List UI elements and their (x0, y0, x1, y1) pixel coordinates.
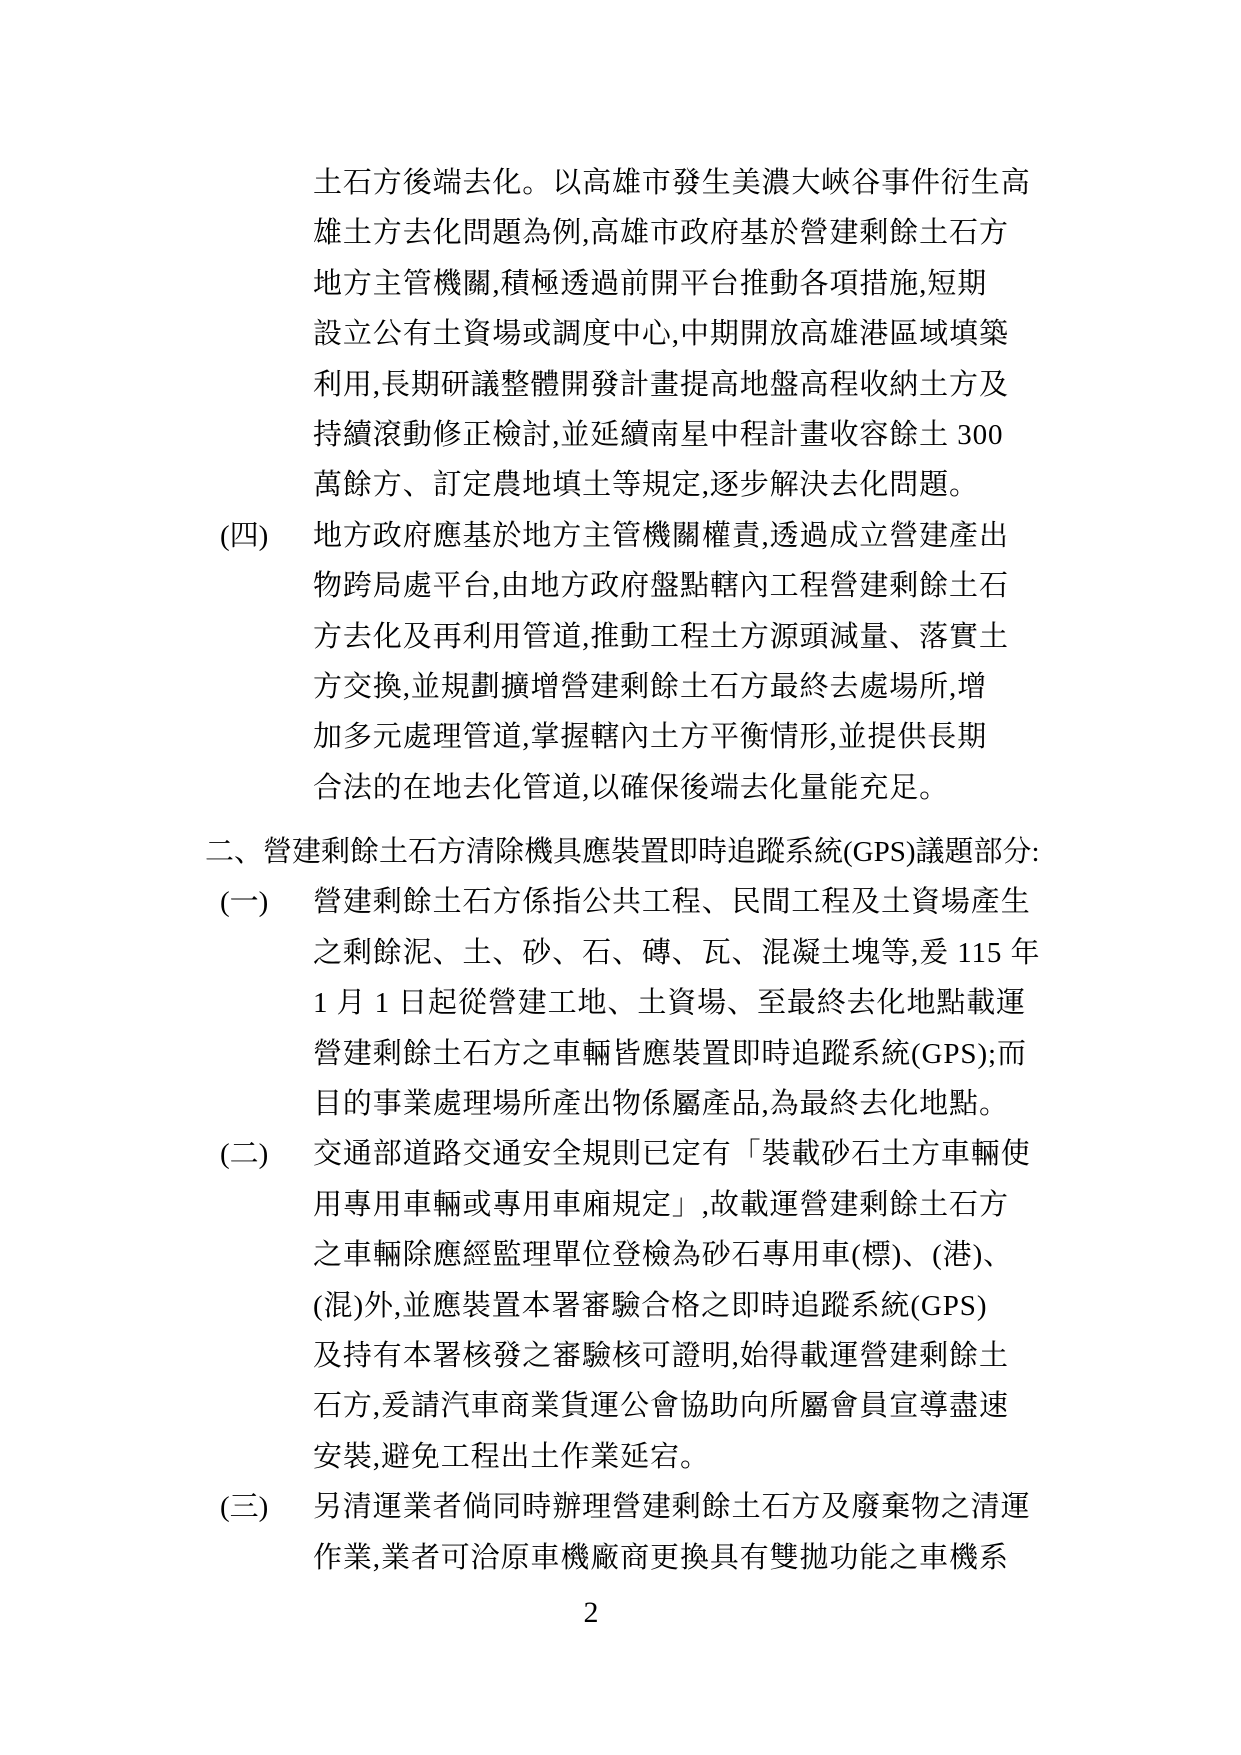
list-item-first-line: (四)地方政府應基於地方主管機關權責,透過成立營建產出 (0, 511, 1241, 561)
text-line: 雄土方去化問題為例,高雄市政府基於營建剩餘土石方 (0, 208, 1241, 258)
text-line: 萬餘方、訂定農地填土等規定,逐步解決去化問題。 (0, 460, 1241, 510)
text-line: 地方主管機關,積極透過前開平台推動各項措施,短期 (0, 259, 1241, 309)
page-number: 2 (0, 1596, 1182, 1630)
text-line: 合法的在地去化管道,以確保後端去化量能充足。 (0, 763, 1241, 813)
text-line: 設立公有土資場或調度中心,中期開放高雄港區域填築 (0, 309, 1241, 359)
text-line: 加多元處理管道,掌握轄內土方平衡情形,並提供長期 (0, 712, 1241, 762)
text-line: 石方,爰請汽車商業貨運公會協助向所屬會員宣導盡速 (0, 1381, 1241, 1431)
text-line: (混)外,並應裝置本署審驗合格之即時追蹤系統(GPS) (0, 1281, 1241, 1331)
document-page: 土石方後端去化。以高雄市發生美濃大峽谷事件衍生高 雄土方去化問題為例,高雄市政府… (0, 0, 1241, 1755)
text-line: 利用,長期研議整體開發計畫提高地盤高程收納土方及 (0, 360, 1241, 410)
item-number-label: (一) (220, 877, 313, 927)
text-line: 目的事業處理場所產出物係屬產品,為最終去化地點。 (0, 1079, 1241, 1129)
text-line: 持續滾動修正檢討,並延續南星中程計畫收容餘土 300 (0, 410, 1241, 460)
document-body: 土石方後端去化。以高雄市發生美濃大峽谷事件衍生高 雄土方去化問題為例,高雄市政府… (0, 158, 1241, 1583)
text-line: 方去化及再利用管道,推動工程土方源頭減量、落實土 (0, 612, 1241, 662)
text-line: 之剩餘泥、土、砂、石、磚、瓦、混凝土塊等,爰 115 年 (0, 928, 1241, 978)
text-line: 及持有本署核發之審驗核可證明,始得載運營建剩餘土 (0, 1331, 1241, 1381)
item-number-label: (三) (220, 1482, 313, 1532)
item-text: 地方政府應基於地方主管機關權責,透過成立營建產出 (313, 520, 1009, 552)
section-heading: 二、營建剩餘土石方清除機具應裝置即時追蹤系統(GPS)議題部分: (0, 827, 1241, 877)
text-line: 作業,業者可洽原車機廠商更換具有雙拋功能之車機系 (0, 1533, 1241, 1583)
text-line: 物跨局處平台,由地方政府盤點轄內工程營建剩餘土石 (0, 561, 1241, 611)
text-line: 之車輛除應經監理單位登檢為砂石專用車(標)、(港)、 (0, 1230, 1241, 1280)
item-text: 另清運業者倘同時辦理營建剩餘土石方及廢棄物之清運 (313, 1491, 1031, 1523)
item-number-label: (四) (220, 511, 313, 561)
item-text: 交通部道路交通安全規則已定有「裝載砂石土方車輛使 (313, 1138, 1031, 1170)
item-number-label: (二) (220, 1129, 313, 1179)
list-item-first-line: (一)營建剩餘土石方係指公共工程、民間工程及土資場產生 (0, 877, 1241, 927)
text-line: 營建剩餘土石方之車輛皆應裝置即時追蹤系統(GPS);而 (0, 1029, 1241, 1079)
text-line: 1 月 1 日起從營建工地、土資場、至最終去化地點載運 (0, 978, 1241, 1028)
item-text: 營建剩餘土石方係指公共工程、民間工程及土資場產生 (313, 886, 1031, 918)
text-line: 方交換,並規劃擴增營建剩餘土石方最終去處場所,增 (0, 662, 1241, 712)
text-line: 安裝,避免工程出土作業延宕。 (0, 1432, 1241, 1482)
text-line: 土石方後端去化。以高雄市發生美濃大峽谷事件衍生高 (0, 158, 1241, 208)
text-line: 用專用車輛或專用車廂規定」,故載運營建剩餘土石方 (0, 1180, 1241, 1230)
list-item-first-line: (三)另清運業者倘同時辦理營建剩餘土石方及廢棄物之清運 (0, 1482, 1241, 1532)
list-item-first-line: (二)交通部道路交通安全規則已定有「裝載砂石土方車輛使 (0, 1129, 1241, 1179)
